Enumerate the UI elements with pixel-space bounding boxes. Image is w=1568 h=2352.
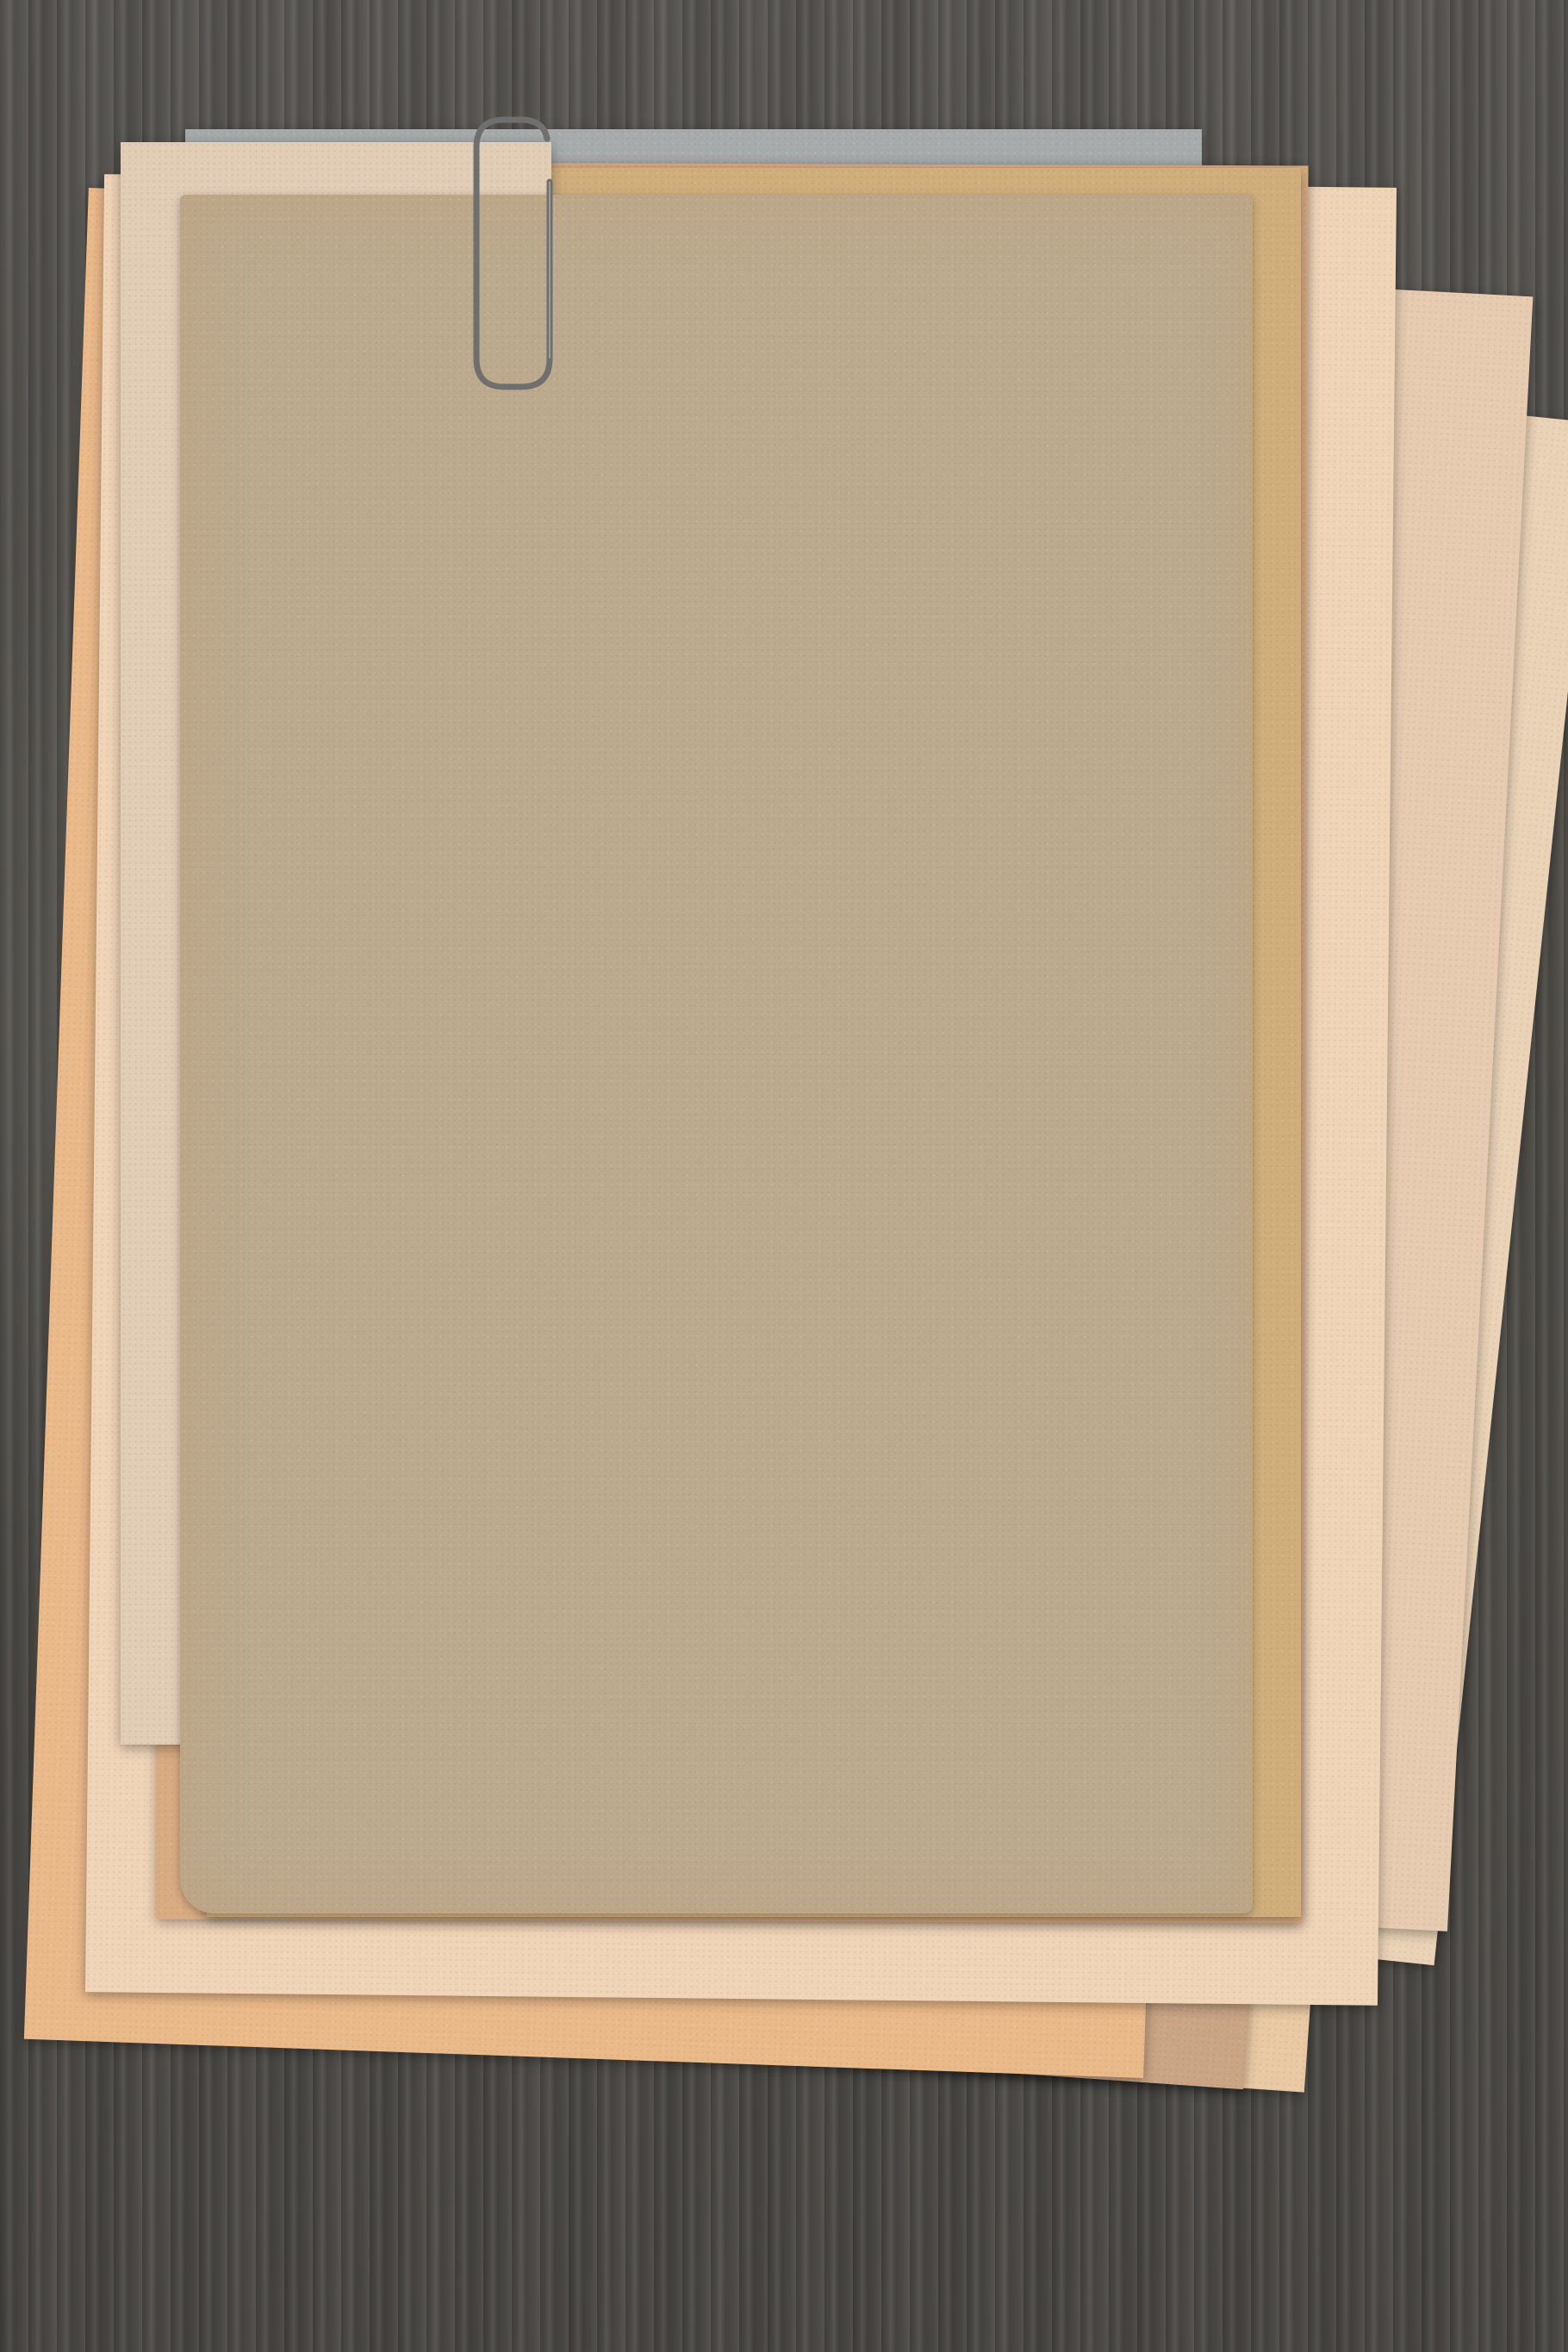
paperclip-icon (470, 113, 556, 393)
paper-sheet-top-sheet (180, 195, 1253, 1913)
